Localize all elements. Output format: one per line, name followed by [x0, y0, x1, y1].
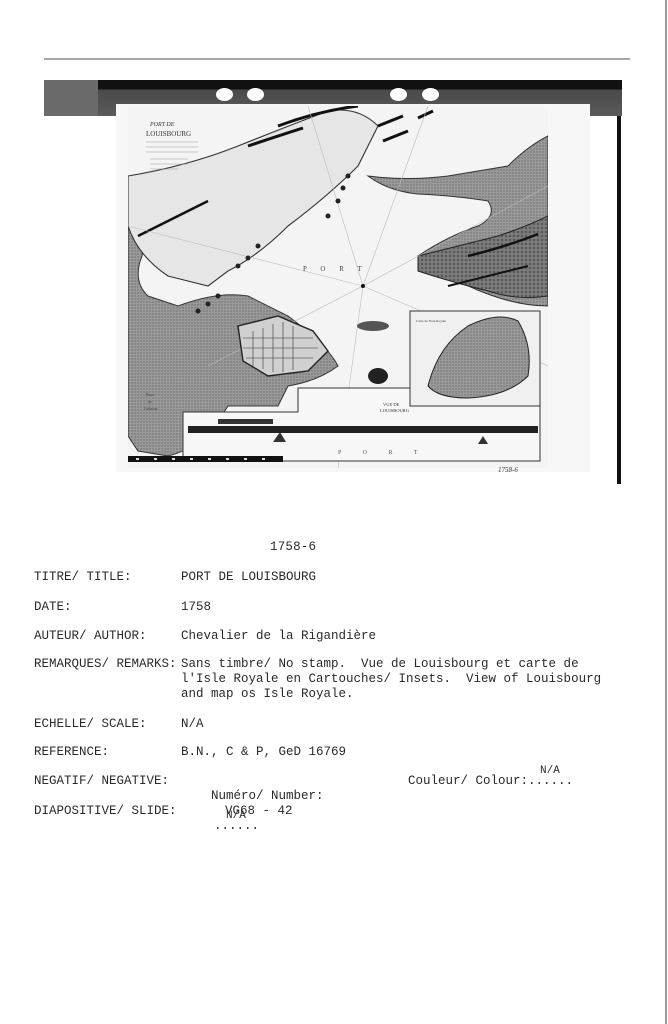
- svg-text:Gabarus: Gabarus: [144, 406, 158, 411]
- field-value: B.N., C & P, GeD 16769: [181, 745, 346, 760]
- page-edge: [665, 0, 667, 1024]
- field-label: REFERENCE:: [34, 745, 109, 760]
- svg-text:Carte de l'Isle Royale: Carte de l'Isle Royale: [416, 319, 447, 323]
- colour-label: Couleur/ Colour:: [408, 774, 528, 788]
- field-remarks: REMARQUES/ REMARKS: Sans timbre/ No stam…: [34, 657, 49, 702]
- svg-text:de: de: [148, 399, 152, 404]
- field-label: DIAPOSITIVE/ SLIDE:: [34, 804, 177, 819]
- svg-text:VUE DE: VUE DE: [383, 402, 400, 407]
- harbour-map: PORT DE LOUISBOURG P O R T Baye de Gabar…: [128, 106, 548, 468]
- svg-text:LOUISBOURG: LOUISBOURG: [380, 408, 410, 413]
- svg-text:LOUISBOURG: LOUISBOURG: [146, 130, 191, 138]
- field-value: Sans timbre/ No stamp. Vue de Louisbourg…: [181, 657, 601, 702]
- sheet-number: 1758-6: [498, 466, 518, 474]
- svg-text:P O R T: P O R T: [303, 265, 368, 273]
- film-sprocket-hole: [247, 88, 264, 101]
- film-sprocket-hole: [422, 88, 439, 101]
- field-value: Chevalier de la Rigandière: [181, 629, 376, 644]
- film-sprocket-hole: [216, 88, 233, 101]
- slide-value: N/A: [226, 809, 246, 824]
- field-label: AUTEUR/ AUTHOR:: [34, 629, 147, 644]
- number-label: Numéro/ Number:: [211, 789, 324, 803]
- colour-value: N/A: [540, 764, 560, 779]
- field-label: REMARQUES/ REMARKS:: [34, 657, 177, 672]
- svg-text:P O R T: P O R T: [338, 450, 428, 456]
- field-label: NEGATIF/ NEGATIVE:: [34, 774, 169, 789]
- colour-field: Couleur/ Colour:N/A......: [408, 774, 528, 789]
- svg-text:Baye: Baye: [146, 392, 154, 397]
- film-sprocket-hole: [390, 88, 407, 101]
- map-photograph: PORT DE LOUISBOURG P O R T Baye de Gabar…: [44, 80, 622, 484]
- field-value: PORT DE LOUISBOURG: [181, 570, 316, 585]
- svg-text:PORT DE: PORT DE: [149, 122, 175, 128]
- field-label: ECHELLE/ SCALE:: [34, 717, 147, 732]
- card-id: 1758-6: [270, 540, 316, 554]
- field-slide: DIAPOSITIVE/ SLIDE: N/A......: [34, 804, 49, 849]
- field-label: TITRE/ TITLE:: [34, 570, 132, 585]
- field-label: DATE:: [34, 600, 72, 615]
- field-value: N/A......: [184, 804, 214, 849]
- top-rule: [44, 58, 630, 60]
- field-value: N/A: [181, 717, 204, 732]
- field-value: 1758: [181, 600, 211, 615]
